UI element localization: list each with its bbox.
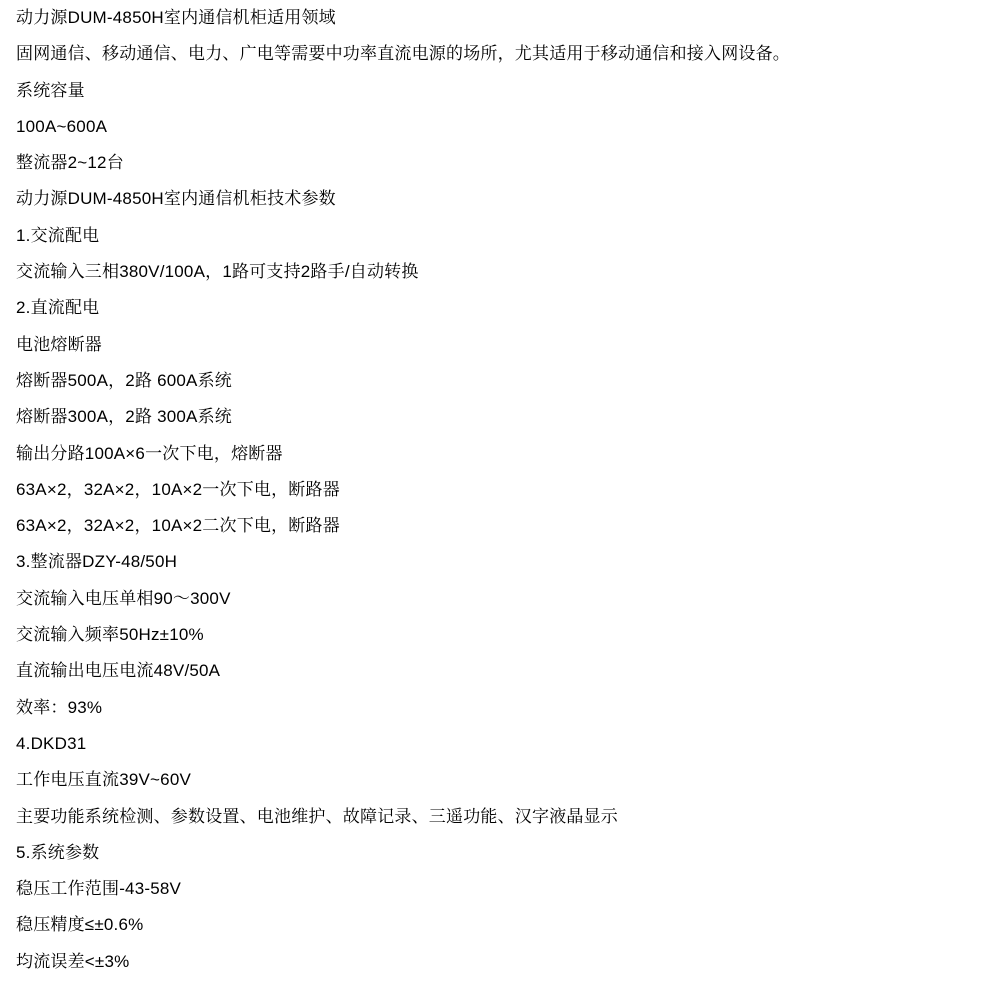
line-section-rectifier-model: 3.整流器DZY-48/50H (16, 544, 973, 580)
line-efficiency: 效率：93% (16, 690, 973, 726)
line-fuse-300a-spec: 熔断器300A，2路 300A系统 (16, 399, 973, 435)
line-breaker-primary-trip: 63A×2，32A×2，10A×2一次下电，断路器 (16, 472, 973, 508)
line-main-functions: 主要功能系统检测、参数设置、电池维护、故障记录、三遥功能、汉字液晶显示 (16, 799, 973, 835)
line-battery-fuse-label: 电池熔断器 (16, 327, 973, 363)
line-voltage-regulation-precision: 稳压精度≤±0.6% (16, 907, 973, 943)
line-system-capacity-label: 系统容量 (16, 73, 973, 109)
line-section-ac-distribution: 1.交流配电 (16, 218, 973, 254)
line-system-capacity-value: 100A~600A (16, 109, 973, 145)
line-rectifier-ac-voltage: 交流输入电压单相90～300V (16, 581, 973, 617)
line-title-applicable-fields: 动力源DUM-4850H室内通信机柜适用领域 (16, 0, 973, 36)
line-section-dc-distribution: 2.直流配电 (16, 290, 973, 326)
line-rectifier-ac-frequency: 交流输入频率50Hz±10% (16, 617, 973, 653)
line-fuse-500a-spec: 熔断器500A，2路 600A系统 (16, 363, 973, 399)
line-title-technical-params: 动力源DUM-4850H室内通信机柜技术参数 (16, 181, 973, 217)
line-rectifier-dc-output: 直流输出电压电流48V/50A (16, 653, 973, 689)
line-section-dkd31: 4.DKD31 (16, 726, 973, 762)
line-breaker-secondary-trip: 63A×2，32A×2，10A×2二次下电，断路器 (16, 508, 973, 544)
line-output-branch-fuse: 输出分路100A×6一次下电，熔断器 (16, 436, 973, 472)
line-working-voltage: 工作电压直流39V~60V (16, 762, 973, 798)
line-current-sharing-error: 均流误差<±3% (16, 944, 973, 980)
line-applicable-fields-desc: 固网通信、移动通信、电力、广电等需要中功率直流电源的场所，尤其适用于移动通信和接… (16, 36, 973, 72)
line-rectifier-count: 整流器2~12台 (16, 145, 973, 181)
document-page: 动力源DUM-4850H室内通信机柜适用领域 固网通信、移动通信、电力、广电等需… (0, 0, 989, 981)
line-section-system-params: 5.系统参数 (16, 835, 973, 871)
line-ac-input-spec: 交流输入三相380V/100A，1路可支持2路手/自动转换 (16, 254, 973, 290)
line-voltage-regulation-range: 稳压工作范围-43-58V (16, 871, 973, 907)
